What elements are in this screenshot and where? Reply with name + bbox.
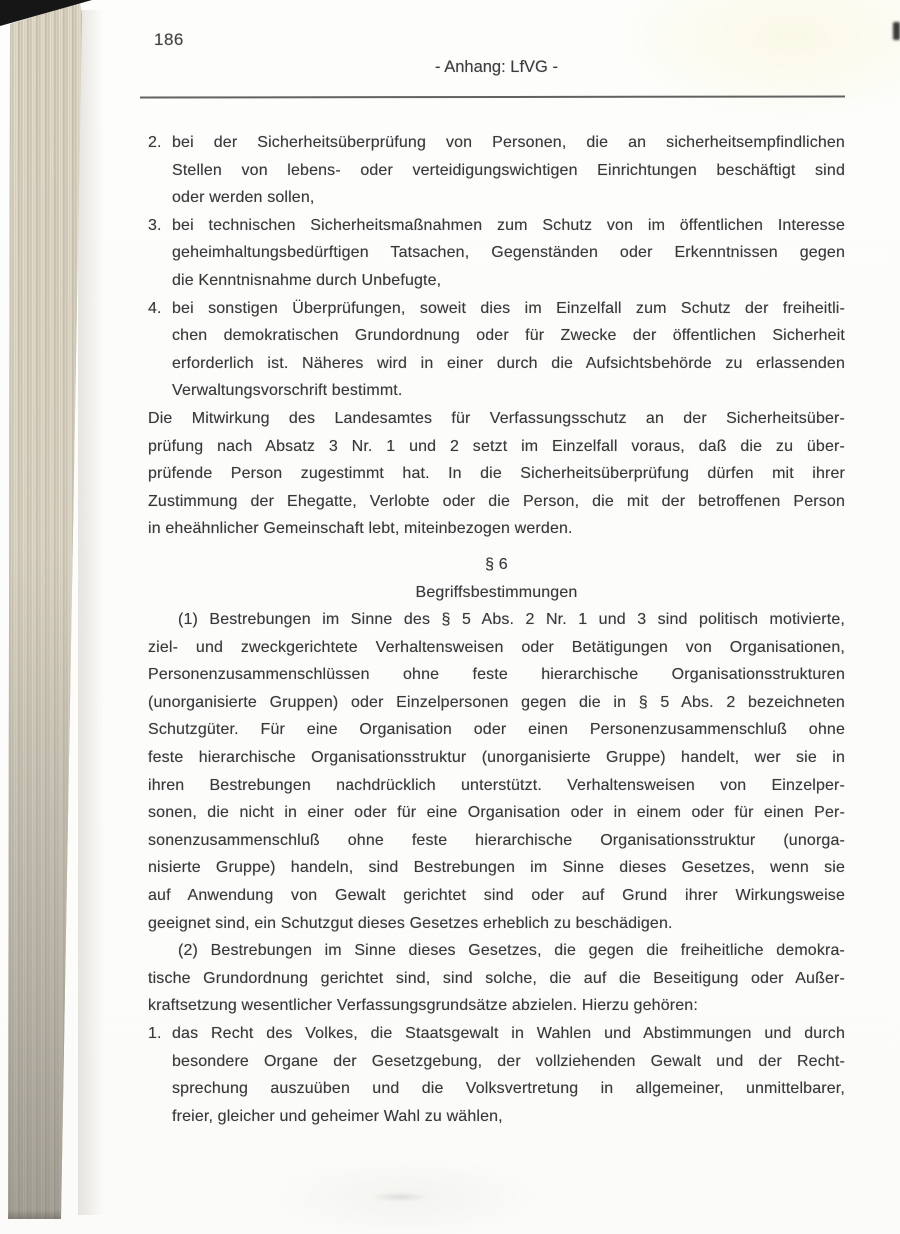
list-marker: 3. [148, 212, 162, 240]
page-number: 186 [154, 30, 184, 50]
text-line: (2) Bestrebungen im Sinne dieses Gesetze… [148, 937, 845, 965]
text-line: (1) Bestrebungen im Sinne des § 5 Abs. 2… [148, 606, 845, 634]
text-line: Personenzusammenschlüssen ohne feste hie… [148, 661, 845, 689]
list-item: 1.das Recht des Volkes, die Staatsgewalt… [148, 1020, 845, 1130]
text-line: oder werden sollen, [172, 184, 845, 212]
paragraph: (2) Bestrebungen im Sinne dieses Gesetze… [148, 937, 845, 1020]
text-line: sonenzusammenschluß ohne feste hierarchi… [148, 827, 845, 855]
text-line: ihren Bestrebungen nachdrücklich unterst… [148, 772, 845, 800]
text-line: freier, gleicher und geheimer Wahl zu wä… [172, 1103, 845, 1131]
list-item: 3.bei technischen Sicherheitsmaßnahmen z… [148, 212, 845, 295]
list-marker: 2. [148, 129, 162, 157]
text-line: Die Mitwirkung des Landesamtes für Verfa… [148, 405, 845, 433]
text-line: in eheähnlicher Gemeinschaft lebt, mitei… [148, 515, 845, 543]
text-line: ziel- und zweckgerichtete Verhaltensweis… [148, 634, 845, 662]
text-line: Schutzgüter. Für eine Organisation oder … [148, 716, 845, 744]
text-line: prüfung nach Absatz 3 Nr. 1 und 2 setzt … [148, 433, 845, 461]
text-line: kraftsetzung wesentlicher Verfassungsgru… [148, 992, 845, 1020]
text-line: (unorganisierte Gruppen) oder Einzelpers… [148, 689, 845, 717]
text-line: tische Grundordnung gerichtet sind, sind… [148, 965, 845, 993]
paragraph: Die Mitwirkung des Landesamtes für Verfa… [148, 405, 845, 543]
section-heading: Begriffsbestimmungen [148, 579, 845, 607]
text-line: besondere Organe der Gesetzgebung, der v… [172, 1048, 845, 1076]
text-line: feste hierarchische Organisationsstruktu… [148, 744, 845, 772]
text-line: Verwaltungsvorschrift bestimmt. [172, 377, 845, 405]
text-line: sonen, die nicht in einer oder für eine … [148, 799, 845, 827]
text-line: geeignet sind, ein Schutzgut dieses Gese… [148, 910, 845, 938]
running-header: - Anhang: LfVG - [148, 58, 845, 77]
list-item: 2.bei der Sicherheitsüberprüfung von Per… [148, 129, 845, 212]
scan-artifact-bottom [370, 1192, 430, 1202]
text-line: bei sonstigen Überprüfungen, soweit dies… [172, 295, 845, 323]
text-line: erforderlich ist. Näheres wird in einer … [172, 350, 845, 378]
text-line: auf Anwendung von Gewalt gerichtet sind … [148, 882, 845, 910]
text-line: Zustimmung der Ehegatte, Verlobte oder d… [148, 488, 845, 516]
text-line: prüfende Person zugestimmt hat. In die S… [148, 460, 845, 488]
text-line: geheimhaltungsbedürftigen Tatsachen, Geg… [172, 239, 845, 267]
body-text: 2.bei der Sicherheitsüberprüfung von Per… [148, 129, 845, 1130]
text-line: bei technischen Sicherheitsmaßnahmen zum… [172, 212, 845, 240]
header-rule [140, 96, 845, 99]
paragraph: (1) Bestrebungen im Sinne des § 5 Abs. 2… [148, 606, 845, 937]
text-line: nisierte Gruppe) handeln, sind Bestrebun… [148, 854, 845, 882]
scanned-book-page: 186 - Anhang: LfVG - 2.bei der Sicherhei… [0, 0, 900, 1234]
list-item: 4.bei sonstigen Überprüfungen, soweit di… [148, 295, 845, 405]
list-marker: 1. [148, 1020, 162, 1048]
section-heading: § 6 [148, 551, 845, 579]
page-edge-shadow [78, 10, 104, 1215]
text-line: das Recht des Volkes, die Staatsgewalt i… [172, 1020, 845, 1048]
scan-artifact-right [893, 22, 900, 40]
list-marker: 4. [148, 295, 162, 323]
text-line: chen demokratischen Grundordnung oder fü… [172, 322, 845, 350]
text-line: die Kenntnisnahme durch Unbefugte, [172, 267, 845, 295]
text-line: bei der Sicherheitsüberprüfung von Perso… [172, 129, 845, 157]
book-page-edges [6, 0, 82, 1222]
text-line: sprechung auszuüben und die Volksvertret… [172, 1075, 845, 1103]
text-line: Stellen von lebens- oder verteidigungswi… [172, 157, 845, 185]
